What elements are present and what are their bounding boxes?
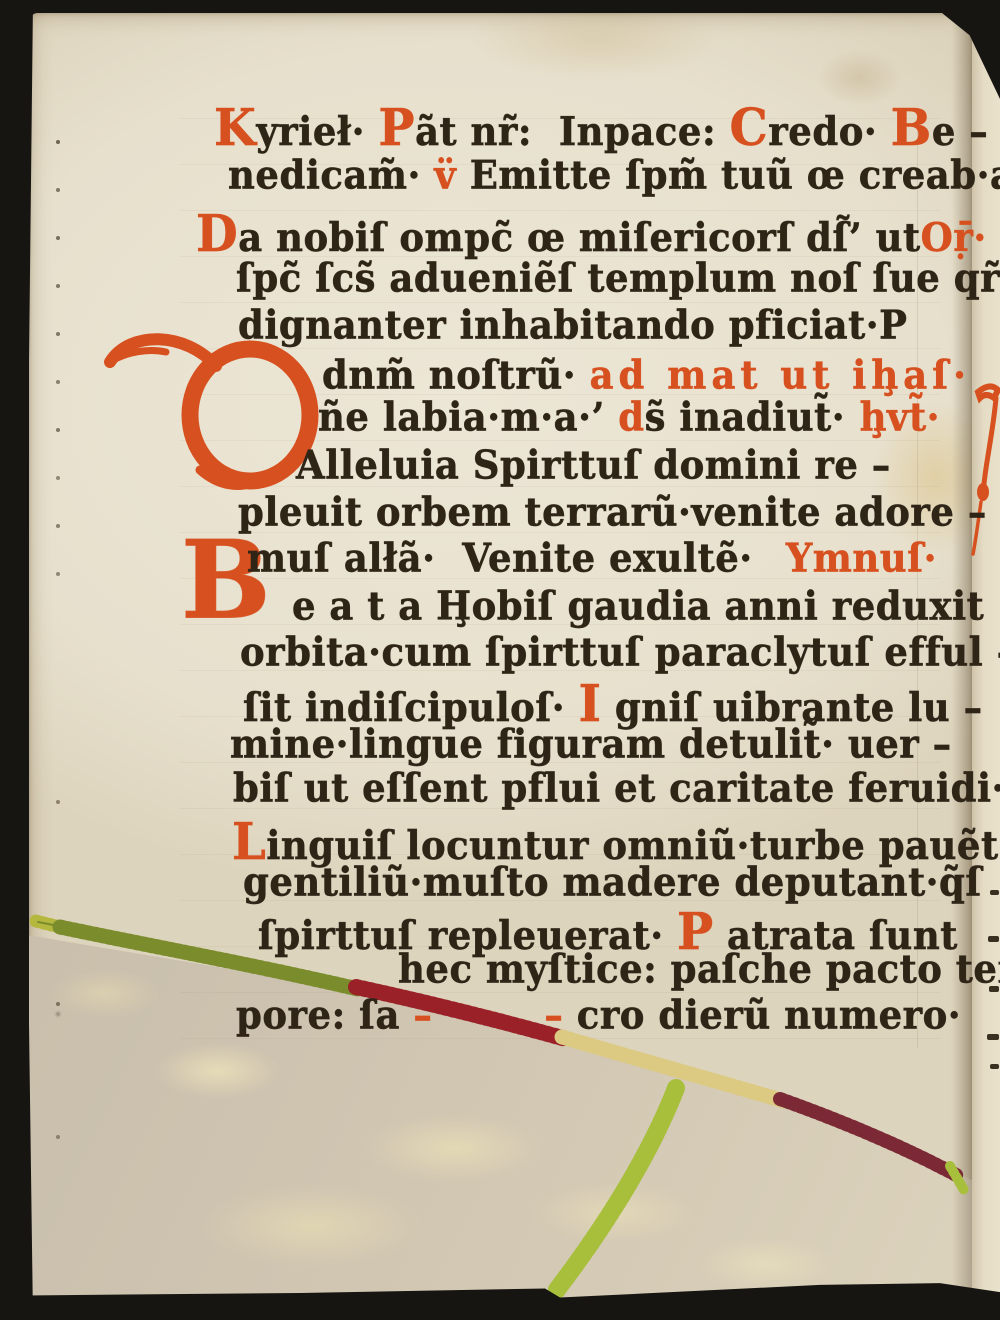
rubric-initial: D xyxy=(196,209,238,259)
text-line: pore: ſa –– cro dierũ numero· xyxy=(236,996,961,1035)
rubric: Ymnuſ· xyxy=(786,539,937,578)
rubric: ḩvt̃· xyxy=(860,398,940,437)
text-line: mine·lingue figuram detulit̃· uer – xyxy=(230,725,952,764)
rubric: v̈ xyxy=(434,156,469,195)
rubric-initial: K xyxy=(214,103,256,153)
rubric-initial: C xyxy=(730,103,769,153)
text-line: Da nobiſ ompc̃ œ miſericorſ dſ̃’ utOṝ· xyxy=(196,209,938,259)
text-line: muſ alłã· Venite exultẽ·Ymnuſ· xyxy=(247,539,937,578)
text-line: dnm̃ noſtrũ· ad mat ut iḩaſ· xyxy=(322,356,971,395)
rubric: Oṝ· xyxy=(921,218,987,257)
text-line: orbita·cum ſpirttuſ paraclytuſ efful – xyxy=(240,633,1000,672)
stitch-green-tuft xyxy=(950,1166,964,1190)
text-line: gentiliũ·muſto madere deputant·q̃ſ xyxy=(243,863,982,902)
rubric-initial: B xyxy=(891,103,932,153)
text-line: Kyrieł· Pãt nr̃: Inpace: Credo· Be – xyxy=(214,103,988,153)
stitch-chartreuse xyxy=(556,1088,676,1291)
text-line: ñe labia·m·a·’ ds̃ inadiut̃·ḩvt̃· xyxy=(318,398,940,437)
stitch-maroon xyxy=(780,1099,958,1176)
text-line: nedicam̃· v̈ Emitte ſpm̃ tuũ œ creab·alł… xyxy=(228,156,1000,195)
rubric-dash: – xyxy=(544,996,563,1035)
manuscript-photograph: B Kyrieł· Pãt nr̃: Inpace: Credo· Be – n… xyxy=(0,0,1000,1320)
text-line: biſ ut eſſent pflui et caritate feruidi· xyxy=(233,769,1000,808)
text-line: ſpc̃ ſcs̃ adueniẽſ templum noſ ſue qr̃e xyxy=(236,259,1000,298)
text-line: e a t a Ḩobiſ gaudia anni reduxit xyxy=(292,587,984,626)
rubric-dash: – xyxy=(413,996,432,1035)
rubric-initial: P xyxy=(378,103,415,153)
rubric: d xyxy=(618,398,644,437)
text-line: Alleluia Spirttuſ domini re – xyxy=(296,446,891,485)
text-line: pleuit orbem terrarũ·venite adore – xyxy=(238,493,987,532)
rubric: ad mat ut iḩaſ· xyxy=(590,356,971,395)
photograph-backdrop xyxy=(0,0,1000,13)
text-line: dignanter inhabitando pficiat·P xyxy=(238,306,896,345)
text-line: hec myſtice: paſche pacto tem – xyxy=(398,950,1000,989)
